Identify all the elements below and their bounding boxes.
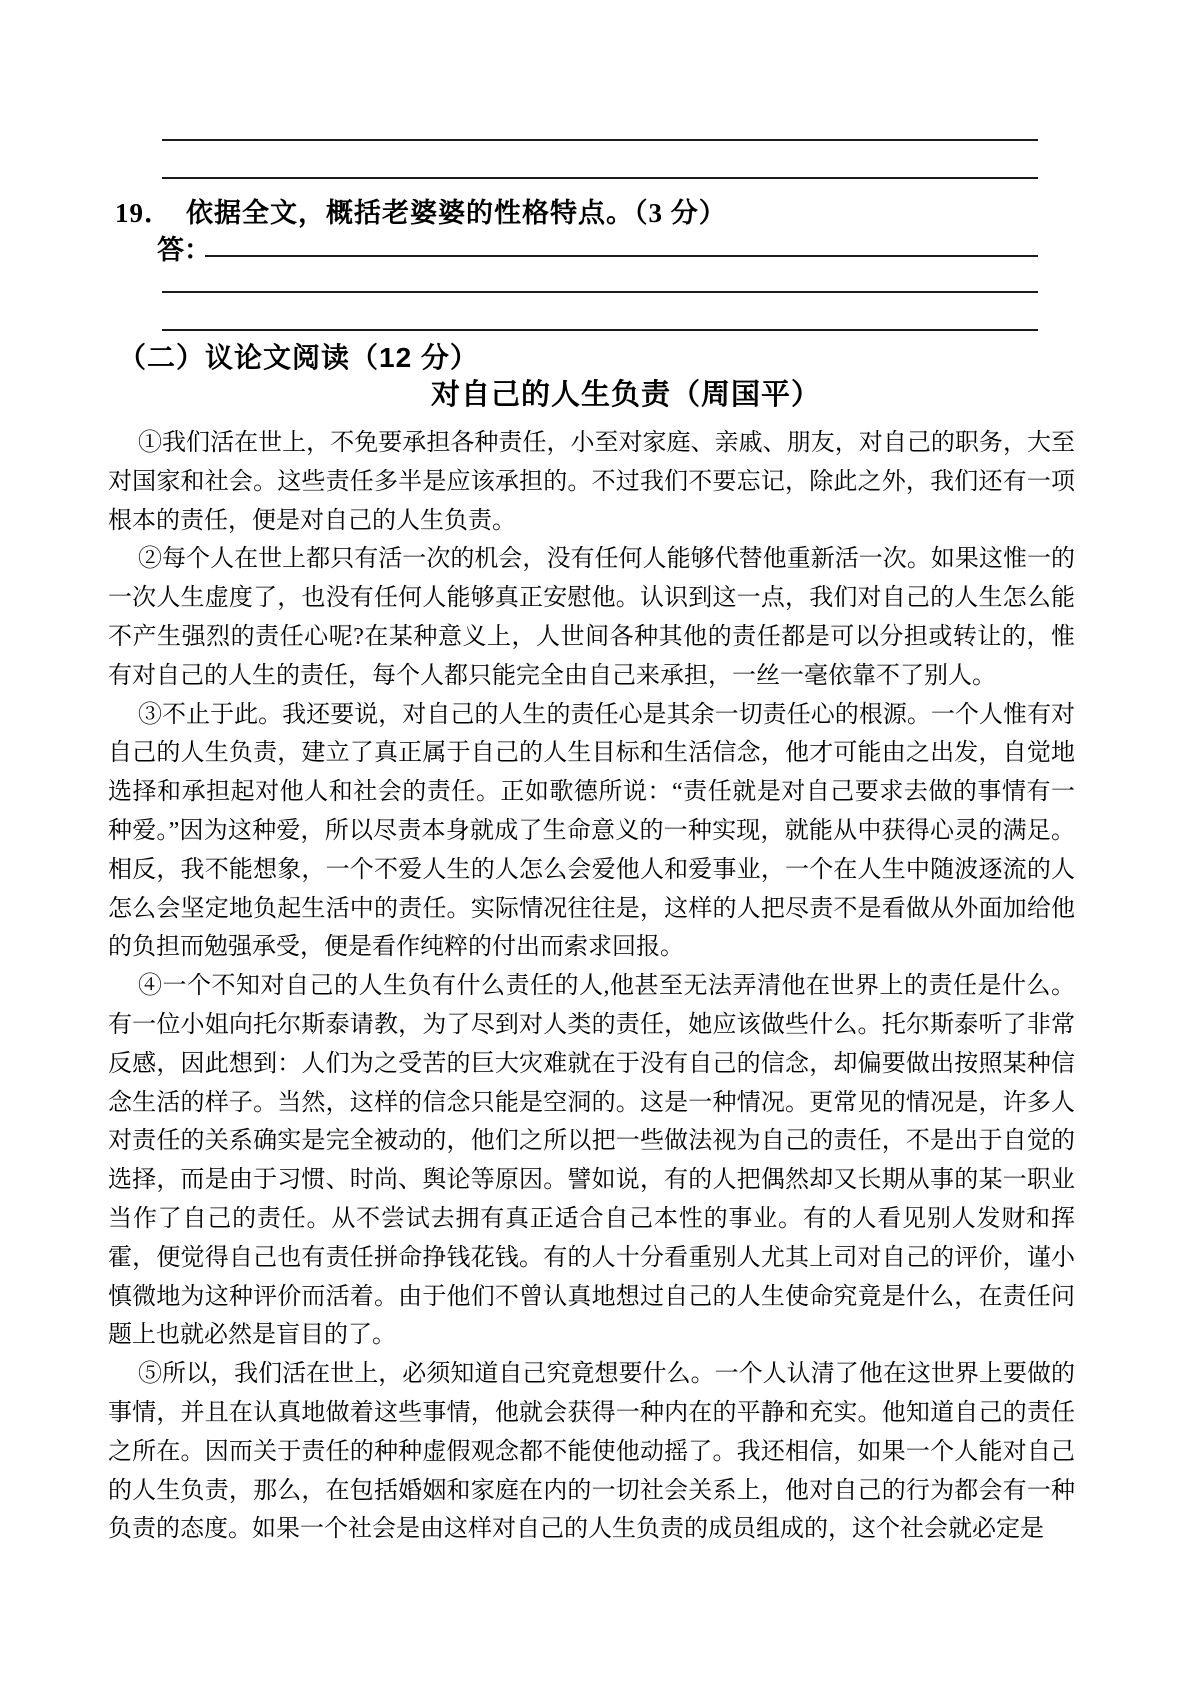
answer-blank-line (205, 255, 1038, 257)
essay-paragraph-4: ④一个不知对自己的人生负有什么责任的人,他甚至无法弄清他在世界上的责任是什么。有… (108, 967, 1075, 1355)
exam-paper-page: 19．依据全文，概括老婆婆的性格特点。（3 分） 答： （二）议论文阅读（12 … (0, 0, 1191, 1684)
essay-paragraph-2: ②每个人在世上都只有活一次的机会，没有任何人能够代替他重新活一次。如果这惟一的一… (108, 540, 1075, 695)
answer-blank-line (162, 291, 1038, 293)
section-heading: （二）议论文阅读（12 分） (118, 336, 479, 376)
answer-blank-line (162, 329, 1038, 331)
answer-prefix-label: 答： (157, 228, 211, 267)
essay-paragraph-5: ⑤所以，我们活在世上，必须知道自己究竟想要什么。一个人认清了他在这世界上要做的事… (108, 1355, 1075, 1549)
question-19: 19．依据全文，概括老婆婆的性格特点。（3 分） (115, 191, 727, 230)
essay-paragraph-3: ③不止于此。我还要说，对自己的人生的责任心是其余一切责任心的根源。一个人惟有对自… (108, 696, 1075, 968)
essay-title: 对自己的人生负责（周国平） (146, 372, 1106, 413)
question-19-number: 19． (115, 198, 172, 228)
essay-paragraph-1: ①我们活在世上，不免要承担各种责任，小至对家庭、亲戚、朋友，对自己的职务，大至对… (108, 424, 1075, 540)
answer-blank-line (162, 177, 1038, 179)
essay-body: ①我们活在世上，不免要承担各种责任，小至对家庭、亲戚、朋友，对自己的职务，大至对… (108, 424, 1075, 1549)
answer-blank-line (162, 139, 1038, 141)
question-19-text: 依据全文，概括老婆婆的性格特点。（3 分） (186, 198, 727, 228)
